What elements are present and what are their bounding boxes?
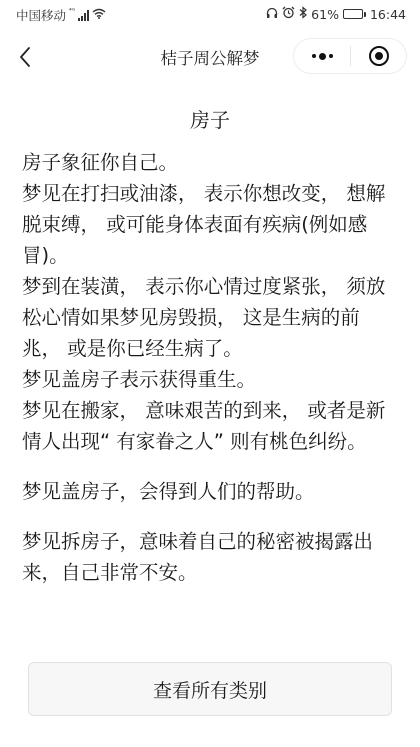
target-close-icon bbox=[369, 46, 389, 66]
nav-bar: 桔子周公解梦 bbox=[0, 28, 420, 86]
more-dots-icon bbox=[312, 54, 316, 58]
paragraph: 梦见在打扫或油漆， 表示你想改变， 想解脱束缚， 或可能身体表面有疾病(例如感冒… bbox=[22, 178, 398, 271]
paragraph: 梦见盖房子表示获得重生。 bbox=[22, 364, 398, 395]
alarm-icon bbox=[282, 6, 295, 22]
paragraph: 梦见盖房子，会得到人们的帮助。 bbox=[22, 476, 398, 507]
bluetooth-icon bbox=[299, 6, 307, 22]
signal-icon bbox=[78, 10, 89, 21]
paragraph: 梦见在搬家， 意味艰苦的到来， 或者是新情人出现“ 有家眷之人” 则有桃色纠纷。 bbox=[22, 395, 398, 457]
paragraph: 梦到在装潢， 表示你心情过度紧张， 须放松心情如果梦见房毁损， 这是生病的前兆，… bbox=[22, 271, 398, 364]
status-right: 61% 16:44 bbox=[266, 6, 406, 22]
clock-time: 16:44 bbox=[370, 7, 406, 22]
status-bar: 中国移动 ⁴ᴳ 61% 16:44 bbox=[0, 0, 420, 28]
battery-percent: 61% bbox=[311, 7, 339, 22]
view-all-categories-button[interactable]: 查看所有类别 bbox=[28, 662, 392, 716]
close-miniprogram-button[interactable] bbox=[351, 39, 406, 73]
carrier-name: 中国移动 bbox=[16, 6, 66, 24]
dream-interpretation-content: 房子象征你自己。 梦见在打扫或油漆， 表示你想改变， 想解脱束缚， 或可能身体表… bbox=[22, 147, 398, 588]
status-left: 中国移动 ⁴ᴳ bbox=[16, 6, 106, 24]
network-type: ⁴ᴳ bbox=[69, 7, 75, 15]
paragraph: 房子象征你自己。 bbox=[22, 147, 398, 178]
paragraph-spacer bbox=[22, 457, 398, 476]
mini-program-capsule bbox=[293, 38, 407, 74]
more-button[interactable] bbox=[294, 39, 350, 73]
target-close-icon-dot bbox=[375, 52, 383, 60]
wifi-icon bbox=[92, 8, 106, 22]
paragraph-spacer bbox=[22, 507, 398, 526]
more-dots-icon-center bbox=[319, 53, 326, 60]
paragraph: 梦见拆房子，意味着自己的秘密被揭露出来，自己非常不安。 bbox=[22, 526, 398, 588]
page-title: 房子 bbox=[0, 104, 420, 133]
more-dots-icon-right bbox=[329, 54, 333, 58]
battery-icon bbox=[343, 9, 366, 19]
headphones-icon bbox=[266, 7, 278, 22]
